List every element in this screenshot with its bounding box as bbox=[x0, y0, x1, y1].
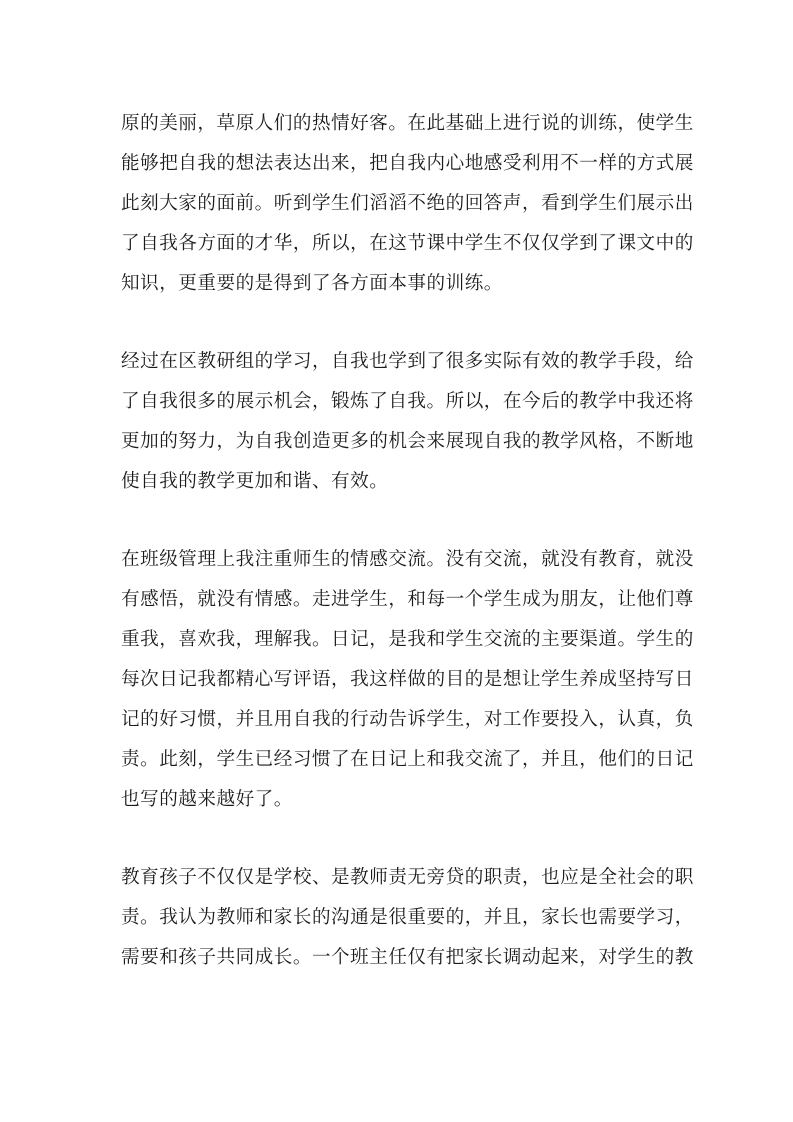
document-body: 原的美丽，草原人们的热情好客。在此基础上进行说的训练，使学生 能够把自我的想法表… bbox=[121, 104, 677, 978]
text-line: 有感悟，就没有情感。走进学生，和每一个学生成为朋友，让他们尊 bbox=[121, 580, 677, 620]
text-line: 每次日记我都精心写评语，我这样做的目的是想让学生养成坚持写日 bbox=[121, 660, 677, 700]
paragraph-spacer bbox=[121, 820, 677, 858]
paragraph-2: 经过在区教研组的学习，自我也学到了很多实际有效的教学手段，给 了自我很多的展示机… bbox=[121, 342, 677, 502]
text-line: 需要和孩子共同成长。一个班主任仅有把家长调动起来，对学生的教 bbox=[121, 938, 677, 978]
paragraph-spacer bbox=[121, 502, 677, 540]
paragraph-spacer bbox=[121, 304, 677, 342]
paragraph-3: 在班级管理上我注重师生的情感交流。没有交流，就没有教育，就没 有感悟，就没有情感… bbox=[121, 540, 677, 820]
text-line: 经过在区教研组的学习，自我也学到了很多实际有效的教学手段，给 bbox=[121, 342, 677, 382]
text-line: 原的美丽，草原人们的热情好客。在此基础上进行说的训练，使学生 bbox=[121, 104, 677, 144]
text-line: 也写的越来越好了。 bbox=[121, 780, 677, 820]
text-line: 在班级管理上我注重师生的情感交流。没有交流，就没有教育，就没 bbox=[121, 540, 677, 580]
paragraph-1: 原的美丽，草原人们的热情好客。在此基础上进行说的训练，使学生 能够把自我的想法表… bbox=[121, 104, 677, 304]
text-line: 更加的努力，为自我创造更多的机会来展现自我的教学风格，不断地 bbox=[121, 422, 677, 462]
text-line: 使自我的教学更加和谐、有效。 bbox=[121, 462, 677, 502]
text-line: 重我，喜欢我，理解我。日记，是我和学生交流的主要渠道。学生的 bbox=[121, 620, 677, 660]
text-line: 责。此刻，学生已经习惯了在日记上和我交流了，并且，他们的日记 bbox=[121, 740, 677, 780]
document-page: 原的美丽，草原人们的热情好客。在此基础上进行说的训练，使学生 能够把自我的想法表… bbox=[0, 0, 793, 1122]
text-line: 了自我各方面的才华，所以，在这节课中学生不仅仅学到了课文中的 bbox=[121, 224, 677, 264]
text-line: 知识，更重要的是得到了各方面本事的训练。 bbox=[121, 264, 677, 304]
text-line: 责。我认为教师和家长的沟通是很重要的，并且，家长也需要学习， bbox=[121, 898, 677, 938]
paragraph-4: 教育孩子不仅仅是学校、是教师责无旁贷的职责，也应是全社会的职 责。我认为教师和家… bbox=[121, 858, 677, 978]
text-line: 教育孩子不仅仅是学校、是教师责无旁贷的职责，也应是全社会的职 bbox=[121, 858, 677, 898]
text-line: 此刻大家的面前。听到学生们滔滔不绝的回答声，看到学生们展示出 bbox=[121, 184, 677, 224]
text-line: 了自我很多的展示机会，锻炼了自我。所以，在今后的教学中我还将 bbox=[121, 382, 677, 422]
text-line: 能够把自我的想法表达出来，把自我内心地感受利用不一样的方式展 bbox=[121, 144, 677, 184]
text-line: 记的好习惯，并且用自我的行动告诉学生，对工作要投入，认真，负 bbox=[121, 700, 677, 740]
